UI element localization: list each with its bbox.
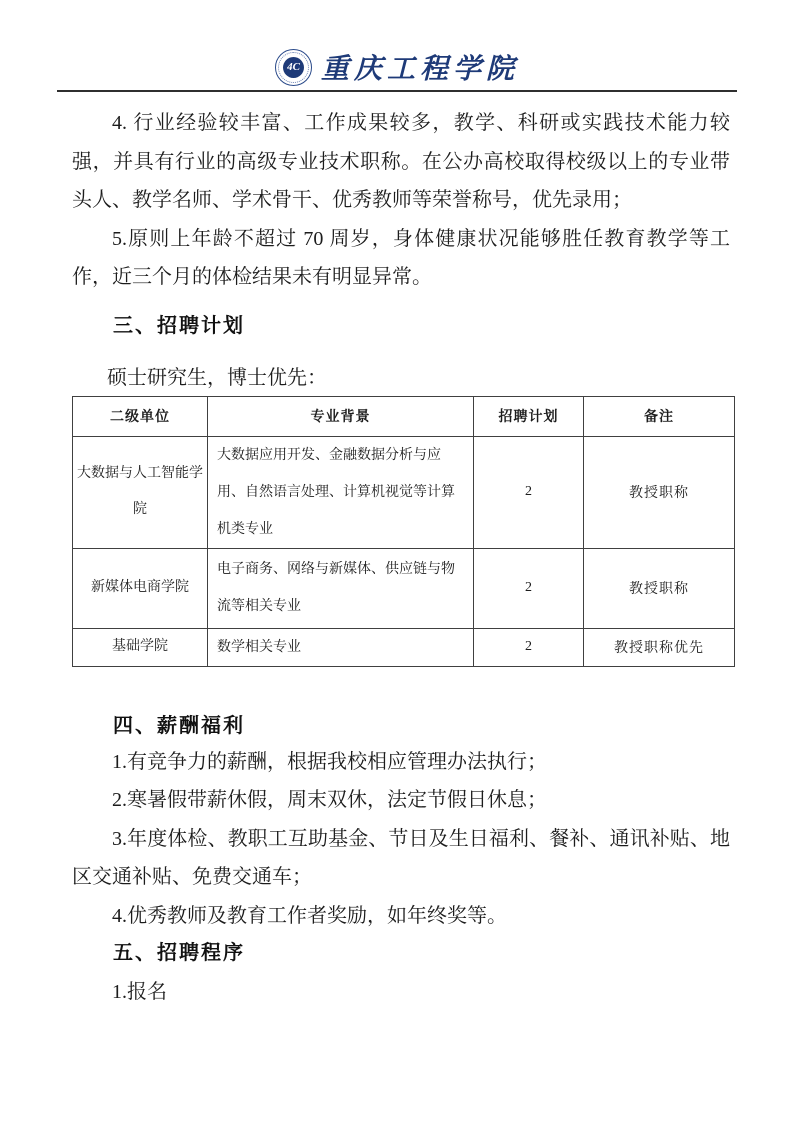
- section-heading-benefits: 四、薪酬福利: [72, 714, 730, 738]
- background-cell: 电子商务、网络与新媒体、供应链与物流等相关专业: [208, 548, 474, 628]
- note-cell: 教授职称优先: [584, 628, 735, 666]
- table-row: 新媒体电商学院 电子商务、网络与新媒体、供应链与物流等相关专业 2 教授职称: [73, 548, 735, 628]
- table-intro-line: 硕士研究生，博士优先：: [72, 366, 730, 390]
- unit-cell: 新媒体电商学院: [73, 548, 208, 628]
- requirement-paragraph-5: 5.原则上年龄不超过 70 周岁，身体健康状况能够胜任教育教学等工作，近三个月的…: [72, 220, 730, 297]
- college-logo: 4C 重庆工程学院: [0, 0, 794, 87]
- college-emblem-icon: 4C: [283, 57, 304, 78]
- table-row: 大数据与人工智能学院 大数据应用开发、金融数据分析与应用、自然语言处理、计算机视…: [73, 436, 735, 548]
- college-logo-emblem: 4C: [275, 49, 312, 86]
- document-content: 4. 行业经验较丰富、工作成果较多，教学、科研或实践技术能力较强，并具有行业的高…: [72, 104, 730, 1012]
- unit-cell: 基础学院: [73, 628, 208, 666]
- benefit-item-1: 1.有竞争力的薪酬，根据我校相应管理办法执行；: [72, 743, 730, 782]
- plan-count-cell: 2: [474, 436, 584, 548]
- column-header-background: 专业背景: [208, 396, 474, 436]
- recruitment-plan-table: 二级单位 专业背景 招聘计划 备注 大数据与人工智能学院 大数据应用开发、金融数…: [72, 396, 735, 667]
- plan-count-cell: 2: [474, 548, 584, 628]
- requirement-paragraph-4: 4. 行业经验较丰富、工作成果较多，教学、科研或实践技术能力较强，并具有行业的高…: [72, 104, 730, 220]
- document-page: 4C 重庆工程学院 4. 行业经验较丰富、工作成果较多，教学、科研或实践技术能力…: [0, 0, 794, 1122]
- column-header-unit: 二级单位: [73, 396, 208, 436]
- note-cell: 教授职称: [584, 548, 735, 628]
- column-header-note: 备注: [584, 396, 735, 436]
- section-heading-recruitment-plan: 三、招聘计划: [72, 314, 730, 338]
- plan-count-cell: 2: [474, 628, 584, 666]
- note-cell: 教授职称: [584, 436, 735, 548]
- table-header-row: 二级单位 专业背景 招聘计划 备注: [73, 396, 735, 436]
- header-divider: [57, 90, 737, 92]
- benefit-item-2: 2.寒暑假带薪休假，周末双休，法定节假日休息；: [72, 781, 730, 820]
- college-name-calligraphy: 重庆工程学院: [321, 47, 519, 87]
- background-cell: 数学相关专业: [208, 628, 474, 666]
- table-row: 基础学院 数学相关专业 2 教授职称优先: [73, 628, 735, 666]
- unit-cell: 大数据与人工智能学院: [73, 436, 208, 548]
- benefit-item-4: 4.优秀教师及教育工作者奖励，如年终奖等。: [72, 897, 730, 936]
- background-cell: 大数据应用开发、金融数据分析与应用、自然语言处理、计算机视觉等计算机类专业: [208, 436, 474, 548]
- section-heading-procedure: 五、招聘程序: [72, 941, 730, 965]
- procedure-step-line: 1.报名: [72, 973, 730, 1012]
- column-header-plan: 招聘计划: [474, 396, 584, 436]
- benefit-item-3: 3.年度体检、教职工互助基金、节日及生日福利、餐补、通讯补贴、地区交通补贴、免费…: [72, 820, 730, 897]
